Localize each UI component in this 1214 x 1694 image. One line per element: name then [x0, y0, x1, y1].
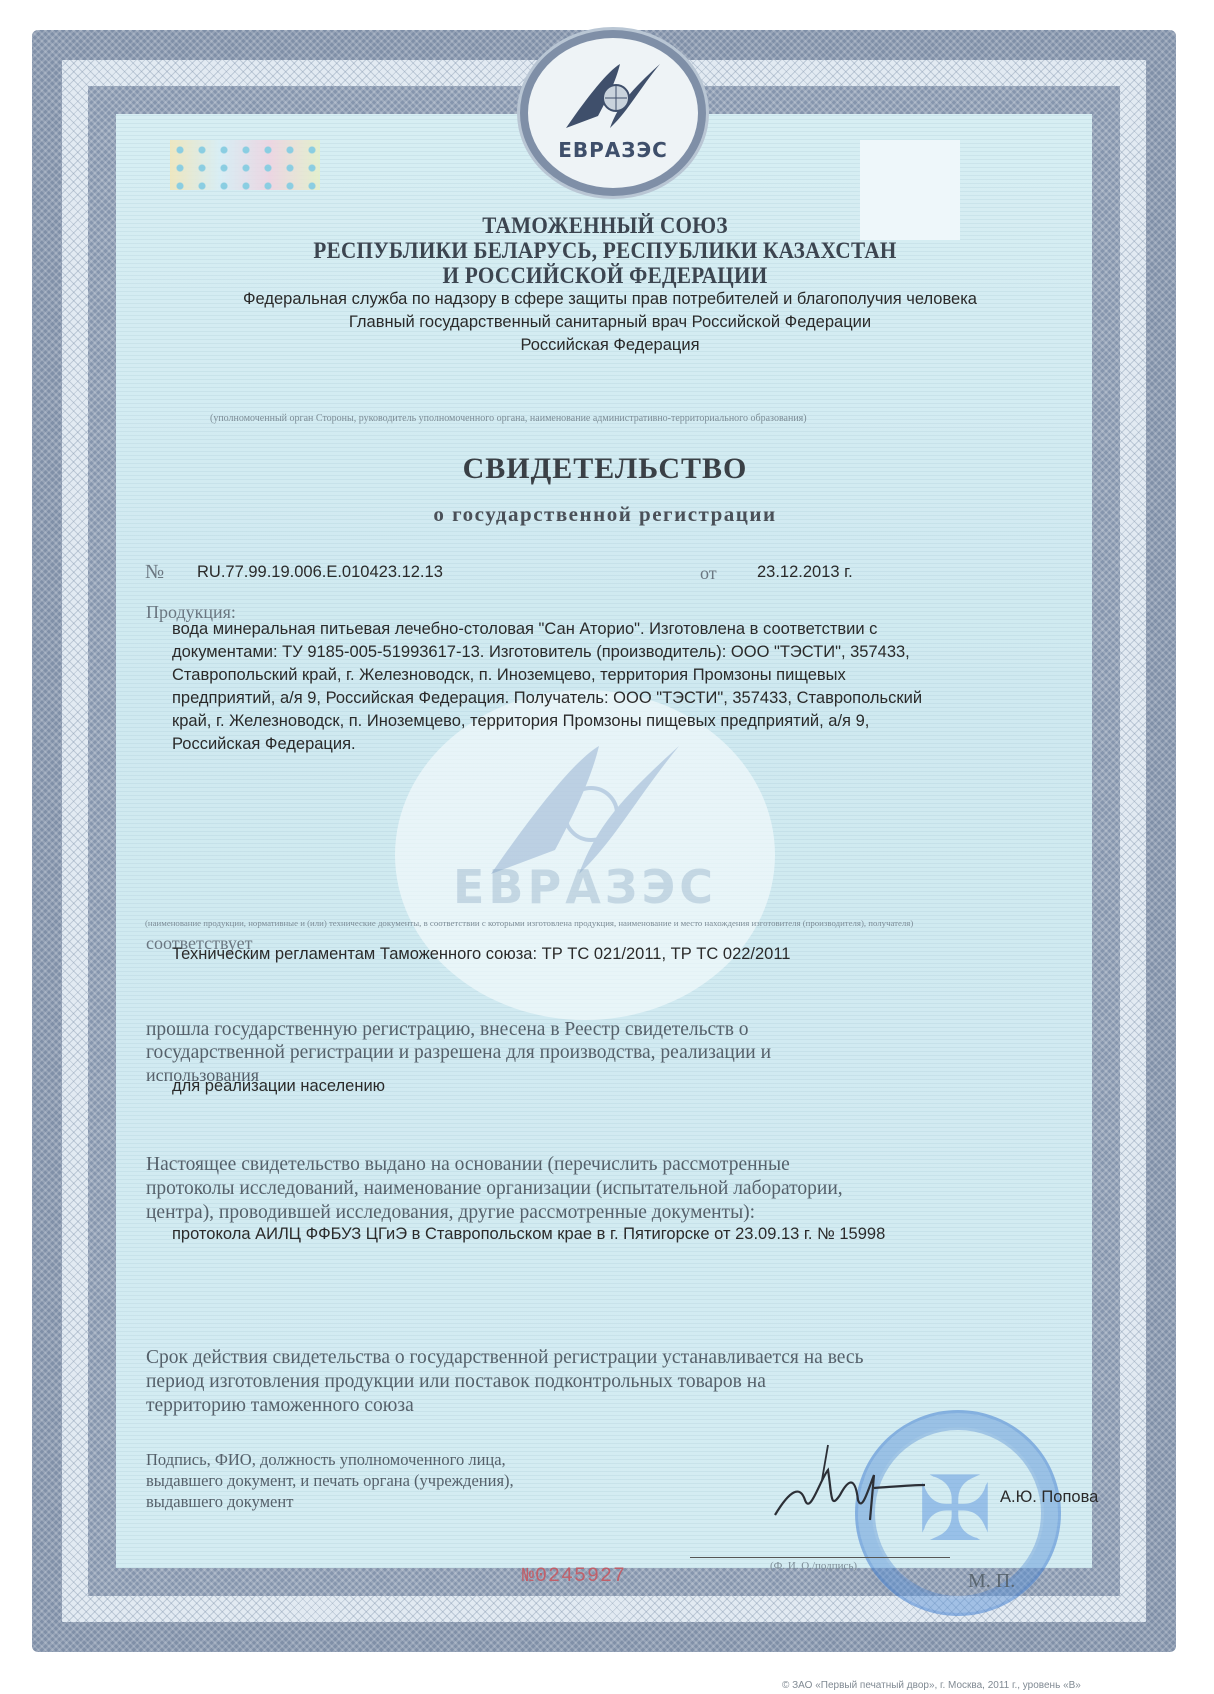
registration-number: RU.77.99.19.006.Е.010423.12.13 — [197, 563, 443, 582]
registration-date: 23.12.2013 г. — [757, 563, 853, 582]
usage-value: для реализации населению — [172, 1077, 385, 1096]
authority-caption: (уполномоченный орган Стороны, руководит… — [210, 413, 807, 424]
authority-service: Федеральная служба по надзору в сфере за… — [140, 290, 1080, 309]
product-line: вода минеральная питьевая лечебно-столов… — [172, 620, 877, 639]
signature-line — [690, 1557, 950, 1558]
signer-name: А.Ю. Попова — [1000, 1488, 1098, 1507]
signature-label-line: выдавшего документ, и печать органа (учр… — [146, 1471, 656, 1491]
basis-line: центра), проводившей исследования, други… — [146, 1201, 755, 1224]
eurasec-watermark: ЕВРАЗЭС — [395, 690, 775, 1020]
product-line: край, г. Железноводск, п. Иноземцево, те… — [172, 712, 869, 731]
header-russian-federation: И РОССИЙСКОЙ ФЕДЕРАЦИИ — [177, 263, 1033, 289]
product-line: Российская Федерация. — [172, 735, 356, 754]
header-republics: РЕСПУБЛИКИ БЕЛАРУСЬ, РЕСПУБЛИКИ КАЗАХСТА… — [177, 238, 1033, 264]
validity-line: период изготовления продукции или постав… — [146, 1370, 1070, 1393]
basis-value: протокола АИЛЦ ФФБУЗ ЦГиЭ в Ставропольск… — [172, 1225, 885, 1244]
product-line: предприятий, а/я 9, Российская Федерация… — [172, 689, 922, 708]
basis-line: Настоящее свидетельство выдано на основа… — [146, 1153, 1070, 1176]
authority-chief-doctor: Главный государственный санитарный врач … — [140, 313, 1080, 332]
validity-line: территорию таможенного союза — [146, 1394, 414, 1417]
hologram-strip — [170, 140, 320, 190]
number-label: № — [145, 561, 164, 584]
eurasec-emblem: ЕВРАЗЭС — [520, 30, 706, 196]
signature-label-line: Подпись, ФИО, должность уполномоченного … — [146, 1450, 656, 1470]
validity-line: Срок действия свидетельства о государств… — [146, 1346, 1070, 1369]
document-subtitle: о государственной регистрации — [140, 502, 1070, 527]
basis-line: протоколы исследований, наименование орг… — [146, 1177, 1070, 1200]
document-title: СВИДЕТЕЛЬСТВО — [140, 452, 1070, 486]
handwritten-signature-icon — [770, 1440, 930, 1530]
product-line: Ставропольский край, г. Железноводск, п.… — [172, 666, 846, 685]
seal-label: М. П. — [968, 1570, 1015, 1593]
signature-line-caption: (Ф. И. О./подпись) — [770, 1560, 857, 1572]
statement-line: прошла государственную регистрацию, внес… — [146, 1018, 1070, 1041]
eurasec-logo-icon — [558, 56, 668, 136]
signature-label-line: выдавшего документ — [146, 1492, 293, 1512]
watermark-label: ЕВРАЗЭС — [395, 860, 775, 914]
emblem-label: ЕВРАЗЭС — [528, 138, 698, 162]
printer-note: © ЗАО «Первый печатный двор», г. Москва,… — [782, 1680, 1081, 1691]
authority-country: Российская Федерация — [140, 336, 1080, 355]
product-caption: (наименование продукции, нормативные и (… — [145, 918, 913, 928]
product-line: документами: ТУ 9185-005-51993617-13. Из… — [172, 643, 910, 662]
date-label: от — [700, 563, 717, 584]
statement-line: государственной регистрации и разрешена … — [146, 1041, 1070, 1064]
header-customs-union: ТАМОЖЕННЫЙ СОЮЗ — [177, 213, 1033, 239]
conformity-value: Техническим регламентам Таможенного союз… — [172, 945, 790, 964]
blank-serial-number: №0245927 — [522, 1565, 626, 1588]
